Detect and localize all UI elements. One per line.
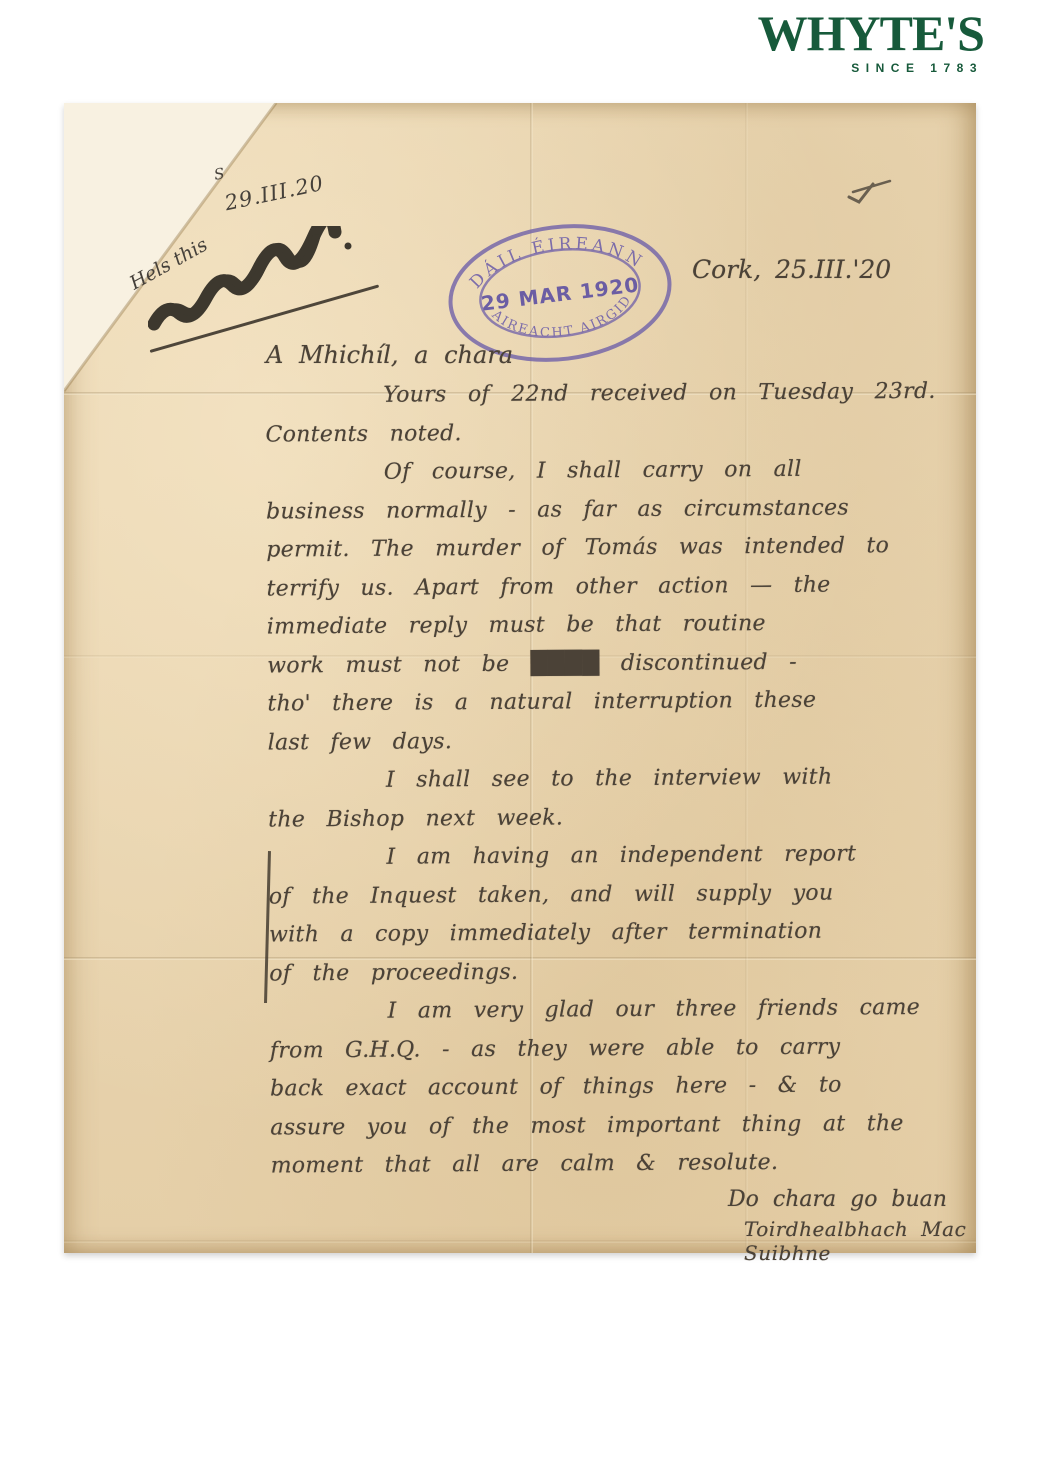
- handwritten-line: from G.H.Q. - as they were able to carry: [270, 1033, 990, 1077]
- handwritten-line: immediate reply must be that routine: [267, 609, 987, 653]
- catalogue-page: WHYTE'S SINCE 1783 S 29.III.20 Hels this: [0, 0, 1040, 1471]
- whytes-logo: WHYTE'S SINCE 1783: [758, 8, 984, 75]
- handwritten-line: business normally - as far as circumstan…: [266, 494, 986, 538]
- handwritten-line: back exact account of things here - & to: [270, 1071, 990, 1115]
- handwritten-line: I am very glad our three friends came: [269, 994, 989, 1038]
- letter-salutation: A Mhichíl, a chara: [266, 341, 513, 369]
- handwritten-line: last few days.: [268, 725, 988, 769]
- whytes-wordmark: WHYTE'S: [758, 8, 984, 58]
- handwritten-line: assure you of the most important thing a…: [270, 1110, 990, 1154]
- check-mark-icon: [843, 175, 895, 207]
- letter-closing: Do chara go buan: [728, 1187, 947, 1212]
- scribbled-out-text: [148, 226, 358, 341]
- letter-signature: Toirdhealbhach Mac Suibhne: [744, 1217, 976, 1265]
- handwritten-line: terrify us. Apart from other action — th…: [267, 571, 987, 615]
- letter-dateline: Cork, 25.III.'20: [692, 255, 891, 284]
- handwritten-line: permit. The murder of Tomás was intended…: [266, 532, 986, 576]
- handwritten-line: of the proceedings.: [269, 956, 989, 1000]
- handwritten-line: with a copy immediately after terminatio…: [269, 917, 989, 961]
- handwritten-line: work must not be ████ discontinued -: [267, 648, 987, 692]
- handwritten-line: Yours of 22nd received on Tuesday 23rd.: [265, 378, 985, 422]
- handwritten-line: the Bishop next week.: [268, 802, 988, 846]
- handwritten-line: Of course, I shall carry on all: [266, 455, 986, 499]
- letter-scan: S 29.III.20 Hels this: [64, 103, 976, 1253]
- handwritten-line: I shall see to the interview with: [268, 763, 988, 807]
- handwritten-line: moment that all are calm & resolute.: [271, 1148, 991, 1192]
- handwritten-line: I am having an independent report: [268, 840, 988, 884]
- handwritten-line: of the Inquest taken, and will supply yo…: [269, 879, 989, 923]
- handwritten-line: tho' there is a natural interruption the…: [267, 686, 987, 730]
- letter-body: Yours of 22nd received on Tuesday 23rd.C…: [265, 378, 991, 1192]
- handwritten-line: Contents noted.: [265, 417, 985, 461]
- whytes-tagline: SINCE 1783: [758, 61, 984, 75]
